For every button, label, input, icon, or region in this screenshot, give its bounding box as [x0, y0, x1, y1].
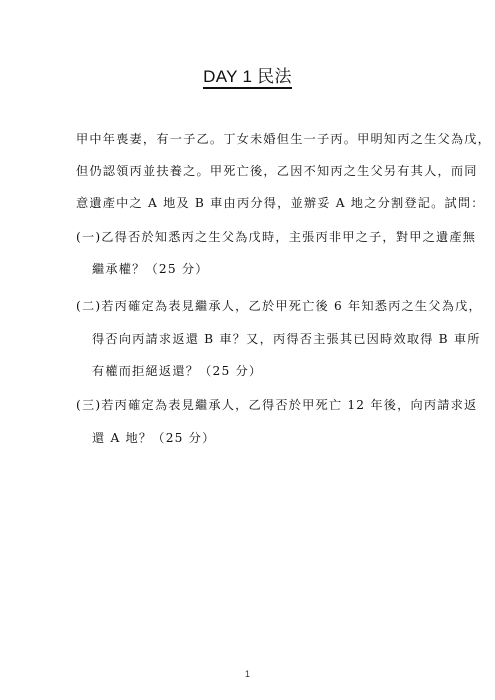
intro-line: 甲中年喪妻，有一子乙。丁女未婚但生一子丙。甲明知丙之生父為戊，: [76, 131, 491, 147]
question-line: (三)若丙確定為表見繼承人，乙得否於甲死亡 12 年後，向丙請求返: [76, 397, 477, 413]
question-line: 繼承權？（25 分）: [92, 261, 209, 277]
question-line: 有權而拒絕返還？（25 分）: [92, 363, 262, 379]
question-line: (二)若丙確定為表見繼承人，乙於甲死亡後 6 年知悉丙之生父為戊，: [76, 298, 482, 314]
page-number: 1: [0, 669, 495, 679]
intro-line: 意遺產中之 A 地及 B 車由丙分得，並辦妥 A 地之分割登記。試問：: [76, 195, 485, 211]
question-line: (一)乙得否於知悉丙之生父為戊時，主張丙非甲之子，對甲之遺產無: [76, 229, 476, 245]
question-line: 得否向丙請求返還 B 車？又，丙得否主張其已因時效取得 B 車所: [92, 331, 481, 347]
page-title: DAY 1 民法: [0, 66, 495, 88]
page-title-text: DAY 1 民法: [203, 67, 292, 89]
intro-line: 但仍認領丙並扶養之。甲死亡後，乙因不知丙之生父另有其人，而同: [76, 163, 478, 179]
question-line: 還 A 地？（25 分）: [92, 430, 215, 446]
